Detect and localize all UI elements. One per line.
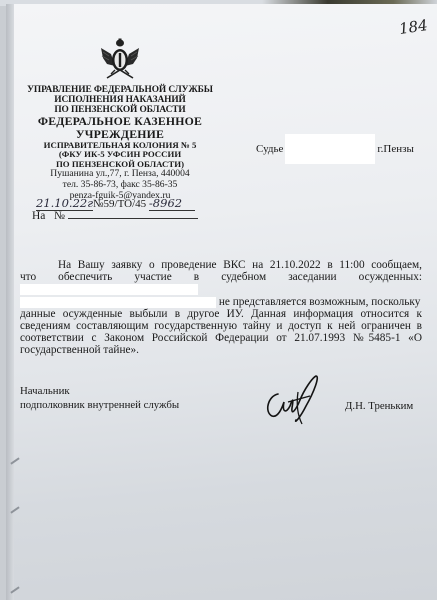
signature-block: Начальник подполковник внутренней службы… bbox=[20, 384, 420, 444]
signatory-position: Начальник bbox=[20, 384, 179, 398]
body-paragraph-rest: данные осужденные выбыли в другое ИУ. Да… bbox=[20, 308, 422, 357]
body-line-text: не представляется возможным, поскольку bbox=[219, 296, 421, 308]
letterhead: УПРАВЛЕНИЕ ФЕДЕРАЛЬНОЙ СЛУЖБЫ ИСПОЛНЕНИЯ… bbox=[22, 38, 218, 202]
document-page: 184 УПРАВЛЕНИЕ ФЕДЕРАЛЬНОЙ СЛУЖБЫ ИСПОЛН… bbox=[6, 4, 437, 600]
body-line: что обеспечить участие в судебном заседа… bbox=[20, 271, 422, 295]
handwritten-page-number: 184 bbox=[398, 16, 429, 38]
outgoing-reference: 21.10.22г№59/ТО/45 -8962 bbox=[36, 196, 206, 208]
fsin-emblem-icon bbox=[97, 38, 143, 82]
handwritten-signature-icon bbox=[258, 372, 328, 432]
reply-prefix: На bbox=[32, 210, 45, 222]
redacted-convict-names bbox=[20, 297, 216, 308]
body-line: не представляется возможным, поскольку bbox=[20, 296, 422, 308]
addressee-suffix: г.Пензы bbox=[377, 143, 413, 155]
signatory-rank: подполковник внутренней службы bbox=[20, 398, 179, 412]
body-line-text: что обеспечить участие в судебном заседа… bbox=[20, 271, 422, 283]
letterhead-line: ИСПОЛНЕНИЯ НАКАЗАНИЙ bbox=[22, 95, 218, 105]
letterhead-line: УПРАВЛЕНИЕ ФЕДЕРАЛЬНОЙ СЛУЖБЫ bbox=[22, 85, 218, 95]
signatory-name: Д.Н. Треньким bbox=[345, 400, 413, 412]
addressee: Судье г.Пензы bbox=[256, 134, 436, 164]
addressee-prefix: Судье bbox=[256, 143, 283, 155]
signatory-title: Начальник подполковник внутренней службы bbox=[20, 384, 179, 412]
reply-blank-line bbox=[68, 208, 198, 219]
redacted-convict-names bbox=[20, 284, 198, 295]
letter-body: На Вашу заявку о проведение ВКС на 21.10… bbox=[20, 259, 422, 357]
redacted-judge-name bbox=[285, 134, 375, 164]
body-line: На Вашу заявку о проведение ВКС на 21.10… bbox=[20, 259, 422, 271]
in-reply-to: На № bbox=[32, 208, 204, 222]
reply-no-label: № bbox=[54, 210, 65, 222]
